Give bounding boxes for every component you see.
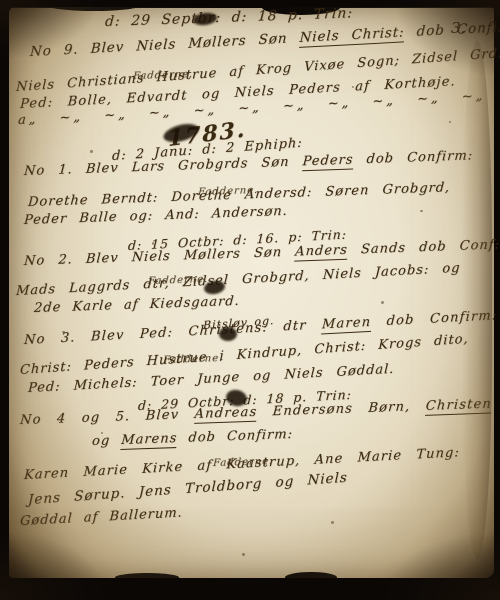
underlined-name: Peders bbox=[302, 152, 354, 171]
paper-speck bbox=[152, 242, 154, 245]
underlined-name: Maren bbox=[321, 315, 371, 335]
paper-speck bbox=[331, 521, 334, 524]
paper-speck bbox=[352, 86, 354, 88]
paper-speck bbox=[90, 150, 93, 153]
scan-border-right bbox=[494, 0, 500, 600]
paper-speck bbox=[101, 432, 103, 434]
paper-speck bbox=[420, 210, 423, 212]
ink-blot bbox=[219, 327, 237, 341]
scan-edge-smudge bbox=[285, 572, 337, 583]
scan-border-left bbox=[0, 0, 9, 600]
underlined-name: Marens bbox=[121, 431, 178, 450]
scan-edge-smudge bbox=[115, 573, 179, 582]
paper-speck bbox=[381, 301, 384, 304]
scan-edge-smudge bbox=[48, 0, 140, 11]
paper-speck bbox=[62, 331, 65, 333]
text-run: og bbox=[91, 433, 121, 449]
paper-speck bbox=[449, 121, 451, 123]
underlined-name: Christen bbox=[425, 396, 492, 415]
underlined-name: Anders bbox=[295, 243, 349, 262]
paper-speck bbox=[242, 553, 245, 556]
scan-border-bottom bbox=[0, 579, 500, 600]
scanned-register-page: 3. d: 29 Septbr: d: 18 p. Trin:No 9. Ble… bbox=[0, 0, 500, 600]
underlined-name: Andreas bbox=[194, 405, 258, 424]
